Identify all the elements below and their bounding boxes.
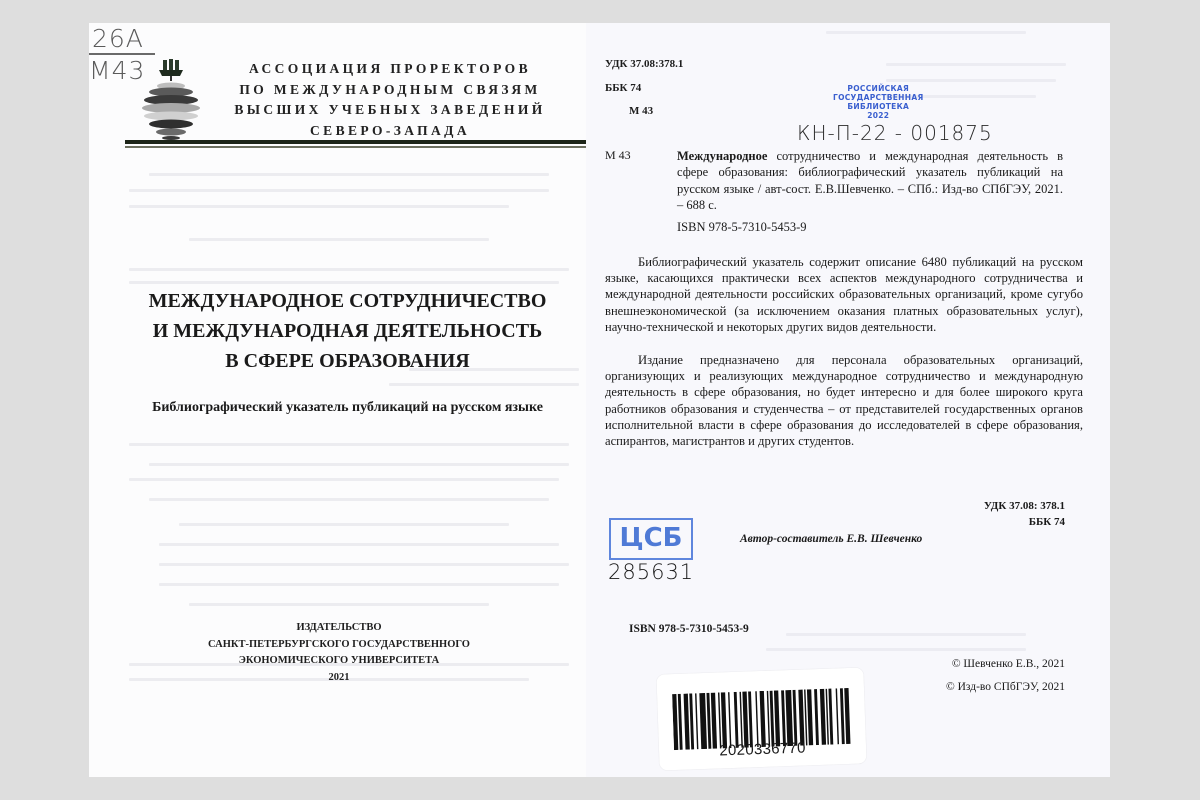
header-rule-thin: [125, 146, 586, 148]
association-line: СЕВЕРО-ЗАПАДА: [215, 121, 565, 142]
udk-bottom: УДК 37.08: 378.1: [984, 498, 1065, 514]
association-line: ВЫСШИХ УЧЕБНЫХ ЗАВЕДЕНИЙ: [215, 100, 565, 121]
bbk-bottom: ББК 74: [984, 514, 1065, 530]
barcode-sticker: 2020336770: [656, 667, 866, 770]
stamp-line: БИБЛИОТЕКА: [833, 102, 924, 111]
card-bold-word: Международное: [677, 149, 767, 163]
csb-stamp: ЦСБ: [609, 518, 693, 560]
publisher-block: ИЗДАТЕЛЬСТВО САНКТ-ПЕТЕРБУРГСКОГО ГОСУДА…: [169, 620, 509, 686]
right-page: УДК 37.08:378.1 ББК 74 М 43 РОССИЙСКАЯ Г…: [586, 23, 1110, 777]
header-rule-thick: [125, 140, 586, 144]
publisher-line: САНКТ-ПЕТЕРБУРГСКОГО ГОСУДАРСТВЕННОГО: [169, 637, 509, 654]
publisher-line: ИЗДАТЕЛЬСТВО: [169, 620, 509, 637]
annotation-paragraph: Библиографический указатель содержит опи…: [605, 254, 1083, 335]
inventory-number: КН-П-22 - 001875: [797, 121, 993, 145]
ship-globe-emblem-icon: [137, 56, 205, 148]
book-spread: 26А М43 АССОЦИАЦИЯ ПРОРЕКТОРОВ ПО МЕЖДУН…: [89, 23, 1110, 777]
card-isbn: ISBN 978-5-7310-5453-9: [677, 220, 807, 235]
isbn-bottom: ISBN 978-5-7310-5453-9: [629, 623, 749, 635]
shelf-mark-line1: 26А: [92, 26, 144, 52]
association-line: АССОЦИАЦИЯ ПРОРЕКТОРОВ: [215, 59, 565, 80]
publication-year: 2021: [169, 670, 509, 687]
book-title: МЕЖДУНАРОДНОЕ СОТРУДНИЧЕСТВО И МЕЖДУНАРО…: [109, 286, 586, 376]
card-label: М 43: [605, 148, 631, 163]
copyright-author: © Шевченко Е.В., 2021: [952, 658, 1065, 670]
card-description: Международное сотрудничество и междунаро…: [677, 148, 1063, 213]
stamp-line: 2022: [833, 111, 924, 120]
association-name: АССОЦИАЦИЯ ПРОРЕКТОРОВ ПО МЕЖДУНАРОДНЫМ …: [215, 59, 565, 141]
publisher-line: ЭКОНОМИЧЕСКОГО УНИВЕРСИТЕТА: [169, 653, 509, 670]
udk-code: УДК 37.08:378.1: [605, 56, 683, 72]
classification-bottom: УДК 37.08: 378.1 ББК 74: [984, 498, 1065, 530]
title-line: И МЕЖДУНАРОДНАЯ ДЕЯТЕЛЬНОСТЬ: [109, 316, 586, 346]
book-subtitle: Библиографический указатель публикаций н…: [109, 400, 586, 416]
left-page: 26А М43 АССОЦИАЦИЯ ПРОРЕКТОРОВ ПО МЕЖДУН…: [89, 23, 586, 777]
audience-paragraph: Издание предназначено для персонала обра…: [605, 352, 1083, 449]
library-stamp: РОССИЙСКАЯ ГОСУДАРСТВЕННАЯ БИБЛИОТЕКА 20…: [833, 84, 924, 120]
bbk-code: ББК 74: [605, 80, 641, 96]
association-line: ПО МЕЖДУНАРОДНЫМ СВЯЗЯМ: [215, 80, 565, 101]
compiler-line: Автор-составитель Е.В. Шевченко: [740, 533, 922, 545]
stamp-line: ГОСУДАРСТВЕННАЯ: [833, 93, 924, 102]
shelf-mark-divider: [89, 53, 155, 55]
title-line: В СФЕРЕ ОБРАЗОВАНИЯ: [109, 346, 586, 376]
copyright-publisher: © Изд-во СПбГЭУ, 2021: [946, 681, 1065, 693]
csb-number: 285631: [608, 560, 694, 584]
stamp-line: РОССИЙСКАЯ: [833, 84, 924, 93]
author-mark: М 43: [629, 103, 653, 119]
title-line: МЕЖДУНАРОДНОЕ СОТРУДНИЧЕСТВО: [109, 286, 586, 316]
